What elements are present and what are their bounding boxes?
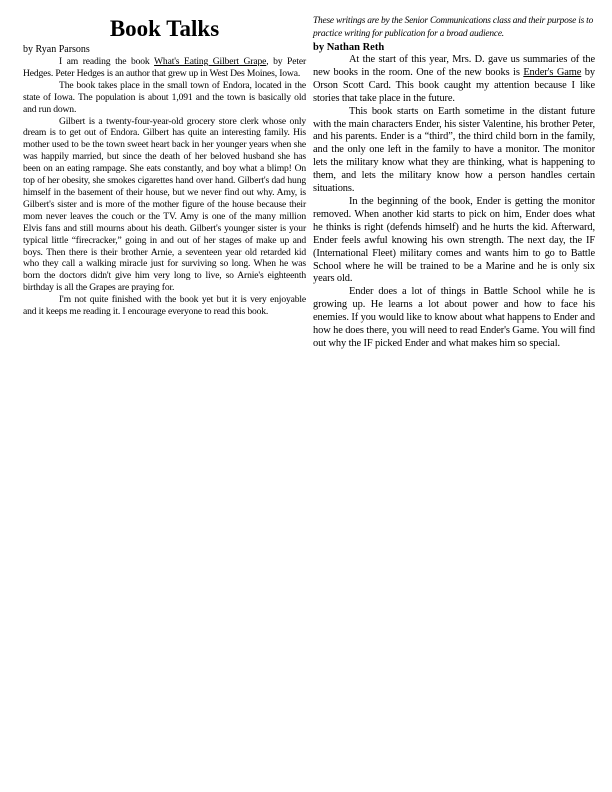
left-column: Book Talks by Ryan Parsons I am reading …	[23, 0, 306, 318]
book-title-gilbert-grape: What's Eating Gilbert Grape	[154, 56, 266, 67]
right-column: These writings are by the Senior Communi…	[313, 0, 595, 351]
byline-ryan-parsons: by Ryan Parsons	[23, 44, 306, 56]
byline-nathan-reth: by Nathan Reth	[313, 41, 595, 54]
paragraph-4: I'm not quite finished with the book yet…	[23, 294, 306, 318]
page-title: Book Talks	[23, 16, 306, 42]
text: I am reading the book	[59, 56, 154, 67]
paragraph-3: In the beginning of the book, Ender is g…	[313, 196, 595, 286]
intro-note: These writings are by the Senior Communi…	[313, 15, 595, 40]
paragraph-1: At the start of this year, Mrs. D. gave …	[313, 54, 595, 106]
paragraph-4: Ender does a lot of things in Battle Sch…	[313, 286, 595, 351]
book-title-enders-game: Ender's Game	[523, 67, 581, 78]
paragraph-1: I am reading the book What's Eating Gilb…	[23, 56, 306, 80]
paragraph-3: Gilbert is a twenty-four-year-old grocer…	[23, 116, 306, 295]
paragraph-2: This book starts on Earth sometime in th…	[313, 106, 595, 196]
paragraph-2: The book takes place in the small town o…	[23, 80, 306, 116]
